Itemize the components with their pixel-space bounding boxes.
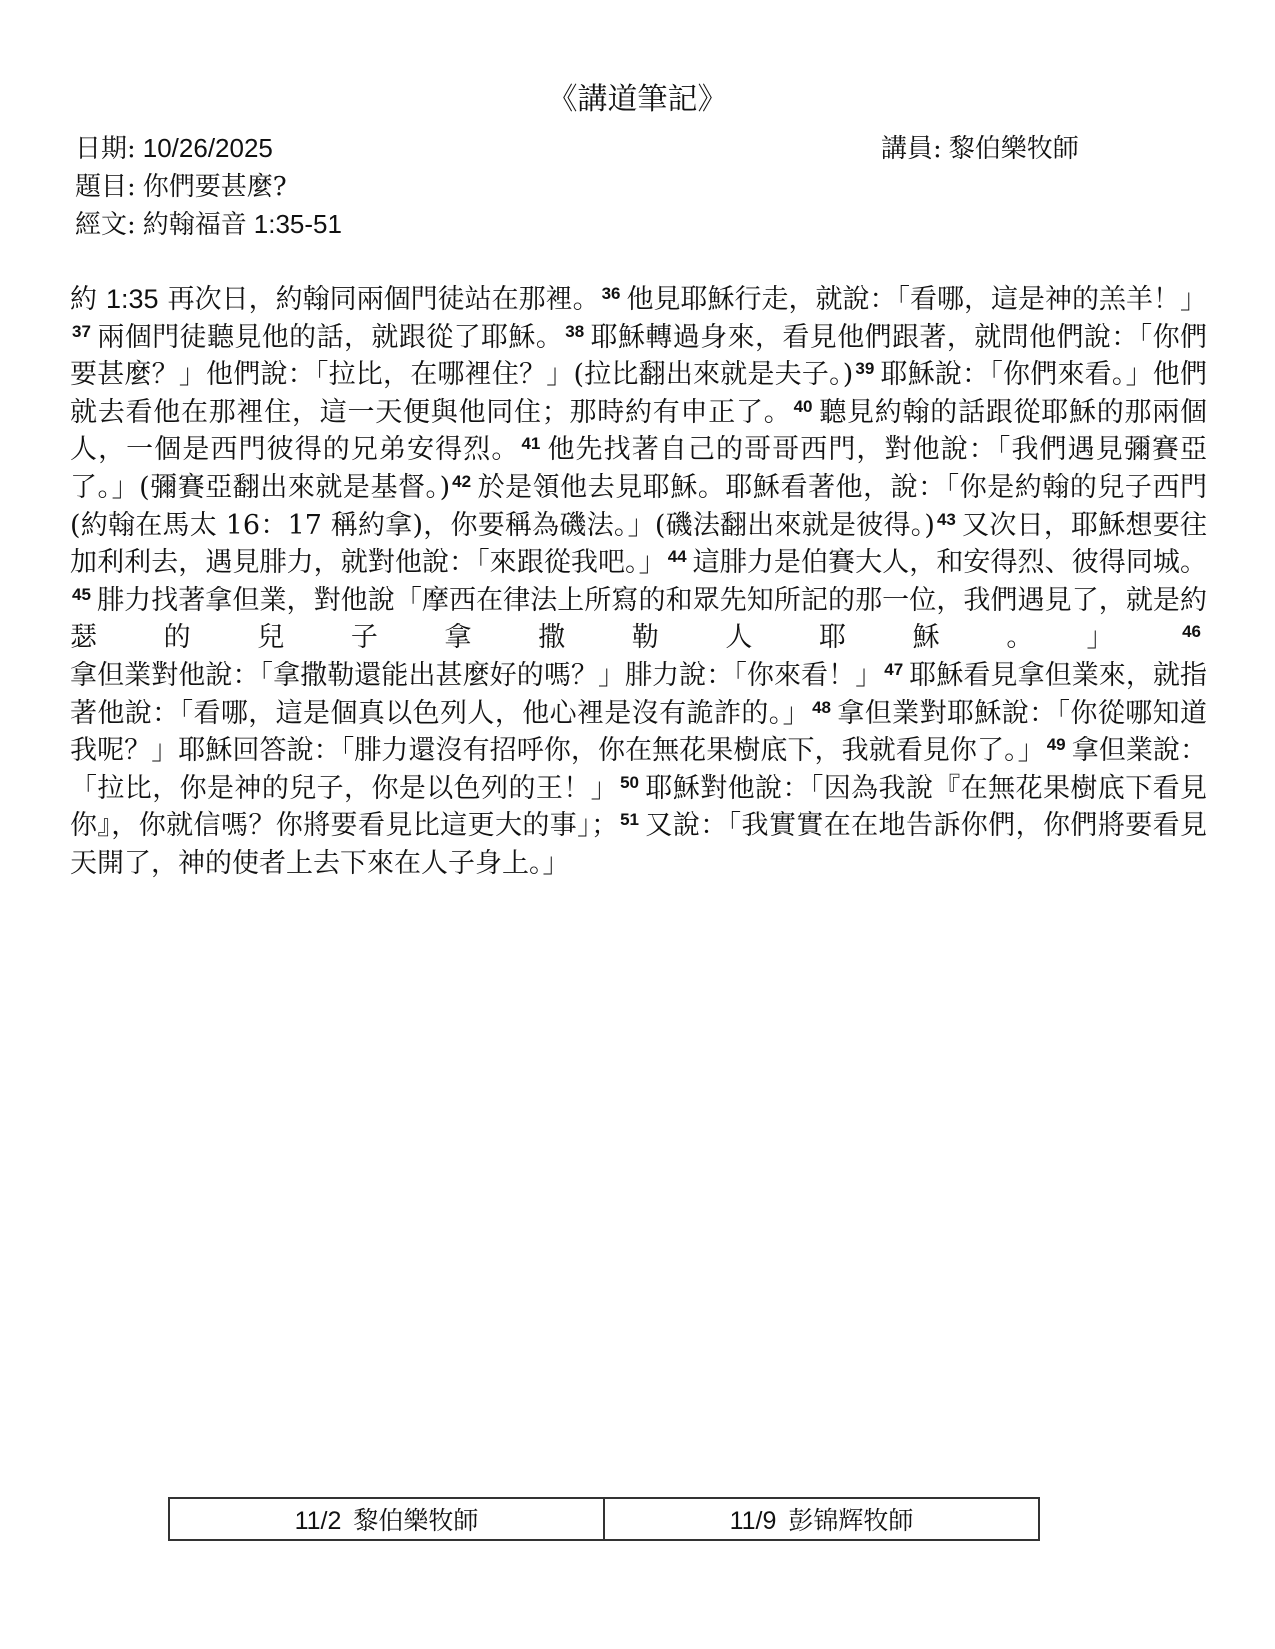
- verse-number: 42: [452, 472, 471, 491]
- verse-text: 他見耶穌行走，就說：「看哪，這是神的羔羊！」: [627, 284, 1208, 315]
- schedule-speaker: 黎伯樂牧師: [353, 1506, 478, 1535]
- opening-label: 約: [70, 284, 97, 315]
- verse-text: 兩個門徒聽見他的話，就跟從了耶穌。: [97, 322, 563, 353]
- scripture-text: 約1:35再次日，約翰同兩個門徒站在那裡。36他見耶穌行走，就說：「看哪，這是神…: [70, 281, 1207, 883]
- schedule-cell: 11/2黎伯樂牧師: [169, 1498, 604, 1540]
- date-label: 日期:: [75, 134, 136, 164]
- topic-label: 題目:: [75, 172, 136, 202]
- schedule-cell: 11/9彭锦辉牧師: [604, 1498, 1039, 1540]
- topic-value: 你們要甚麼?: [143, 172, 287, 202]
- verse-number: 40: [794, 397, 813, 416]
- speaker-field: 講員:黎伯樂牧師: [881, 128, 1079, 165]
- date-field: 日期:10/26/2025: [75, 128, 273, 165]
- schedule-date: 11/9: [730, 1507, 777, 1535]
- verse-number: 47: [884, 660, 903, 679]
- verse-text: 腓力找著拿但業，對他說「摩西在律法上所寫的和眾先知所記的那一位，我們遇見了，就是…: [70, 585, 1207, 654]
- schedule-row: 11/2黎伯樂牧師 11/9彭锦辉牧師: [169, 1498, 1039, 1540]
- speaker-label: 講員:: [881, 134, 942, 164]
- verse-number: 38: [565, 322, 584, 341]
- scripture-book: 約翰福音: [143, 210, 247, 240]
- verse-number: 49: [1047, 735, 1066, 754]
- verse-number: 39: [855, 359, 874, 378]
- page-title: 《講道筆記》: [0, 74, 1275, 118]
- verse-number: 44: [668, 547, 687, 566]
- scripture-reference-field: 經文:約翰福音1:35-51: [75, 204, 342, 241]
- verse-number: 51: [620, 810, 639, 829]
- schedule-date: 11/2: [295, 1507, 342, 1535]
- sermon-notes-page: 《講道筆記》 日期:10/26/2025 講員:黎伯樂牧師 題目:你們要甚麼? …: [0, 0, 1275, 1649]
- verse-text: 這腓力是伯賽大人，和安得烈、彼得同城。: [693, 547, 1207, 578]
- verse-text: 拿但業對他說：「拿撒勒還能出甚麼好的嗎？」腓力說：「你來看！」: [70, 660, 882, 691]
- opening-reference: 1:35: [106, 284, 159, 314]
- date-value: 10/26/2025: [143, 133, 273, 163]
- verse-number: 36: [602, 284, 621, 303]
- verse-number: 45: [72, 585, 91, 604]
- verse-number: 50: [620, 773, 639, 792]
- verse-number: 46: [1182, 622, 1201, 641]
- verse-number: 37: [72, 322, 91, 341]
- speaker-value: 黎伯樂牧師: [949, 134, 1079, 164]
- schedule-speaker: 彭锦辉牧師: [788, 1506, 913, 1535]
- verse-number: 48: [812, 698, 831, 717]
- scripture-label: 經文:: [75, 210, 136, 240]
- verse-number: 41: [521, 434, 540, 453]
- verse-number: 43: [937, 510, 956, 529]
- topic-field: 題目:你們要甚麼?: [75, 166, 287, 203]
- scripture-ref: 1:35-51: [254, 209, 342, 239]
- schedule-table: 11/2黎伯樂牧師 11/9彭锦辉牧師: [168, 1497, 1040, 1541]
- verse-text: 再次日，約翰同兩個門徒站在那裡。: [168, 284, 600, 315]
